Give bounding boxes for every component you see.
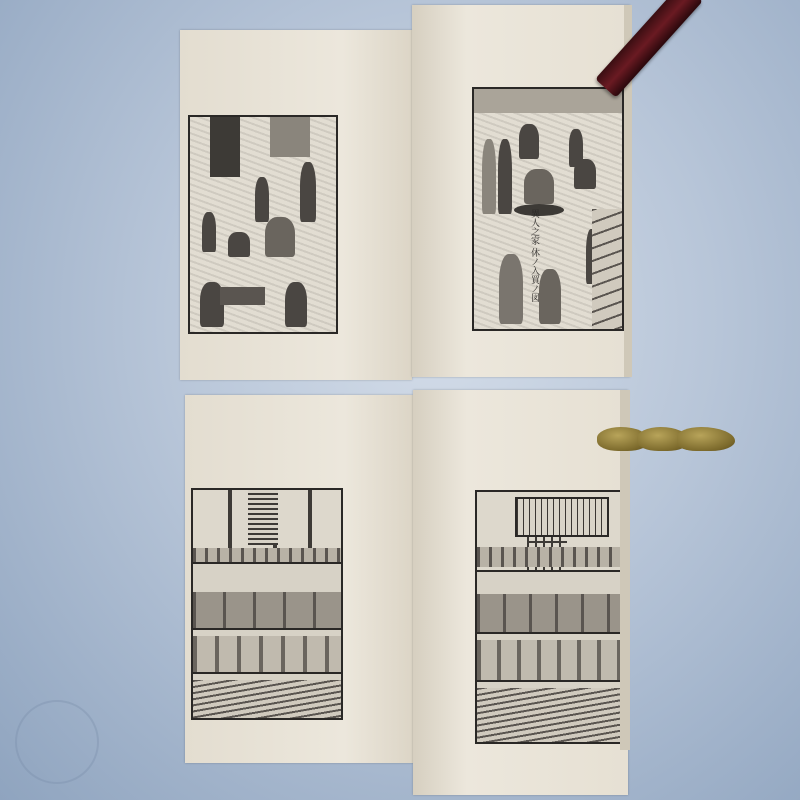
bottom-right-page xyxy=(413,390,628,795)
bottom-left-illustration xyxy=(191,488,343,720)
watermark xyxy=(15,700,99,784)
illustration-caption: 異人之家 休ノ入買ノ図 xyxy=(529,209,539,302)
bottom-right-illustration xyxy=(475,490,629,744)
top-right-page: 異人之家 休ノ入買ノ図 xyxy=(412,5,630,377)
top-left-illustration xyxy=(188,115,338,334)
paperweight xyxy=(597,425,737,455)
top-left-page xyxy=(180,30,412,380)
text-plaque xyxy=(515,497,609,537)
bottom-left-page xyxy=(185,395,413,763)
top-right-illustration: 異人之家 休ノ入買ノ図 xyxy=(472,87,624,331)
